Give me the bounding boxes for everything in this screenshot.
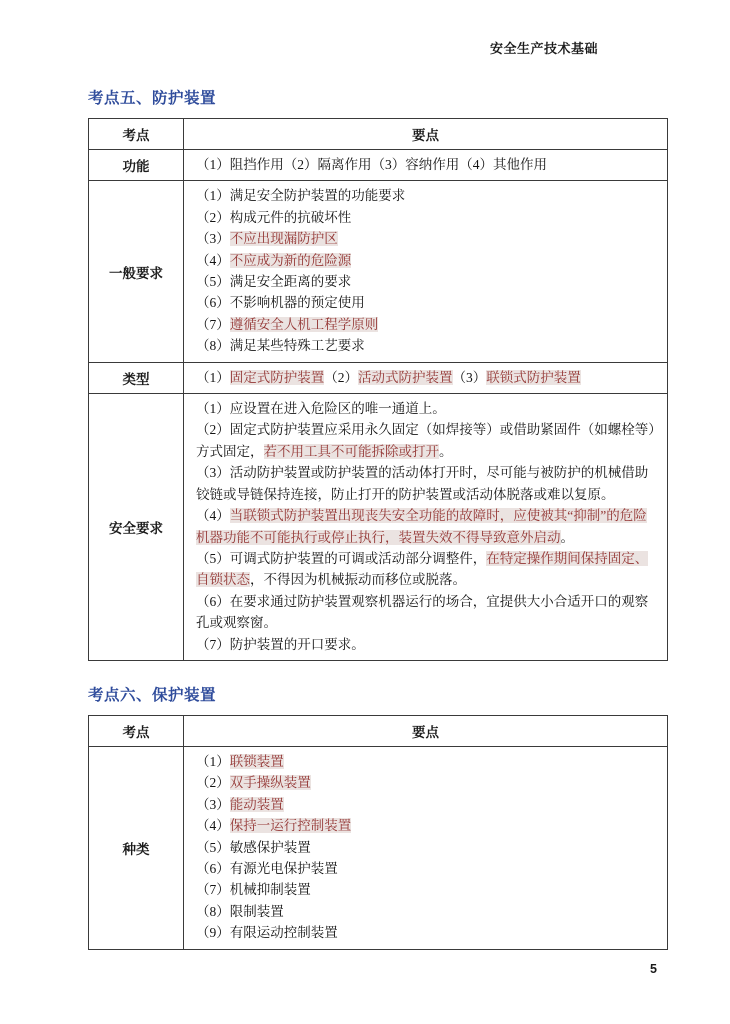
list-item: （6）不影响机器的预定使用	[196, 292, 655, 313]
highlighted-text: 能动装置	[230, 797, 284, 812]
column-header-keypoints: 要点	[184, 119, 668, 150]
text-segment: （5）可调式防护装置的可调或活动部分调整件，	[196, 551, 486, 566]
text-segment: （8）限制装置	[196, 904, 284, 919]
text-segment: （1）	[196, 754, 230, 769]
row-label: 种类	[89, 746, 184, 949]
highlighted-text: 若不用工具不可能拆除或打开	[264, 444, 440, 459]
highlighted-text: 固定式防护装置	[230, 370, 325, 385]
list-item: （6）有源光电保护装置	[196, 858, 655, 879]
list-item: （3）不应出现漏防护区	[196, 228, 655, 249]
column-header-topic: 考点	[89, 119, 184, 150]
highlighted-text: 联锁式防护装置	[486, 370, 581, 385]
list-item: （6）在要求通过防护装置观察机器运行的场合，宜提供大小合适开口的观察孔或观察窗。	[196, 591, 655, 634]
table-row: 类型（1）固定式防护装置（2）活动式防护装置（3）联锁式防护装置	[89, 362, 668, 393]
highlighted-text: 不应出现漏防护区	[230, 231, 338, 246]
text-segment: （7）防护装置的开口要求。	[196, 637, 365, 652]
list-item: （8）限制装置	[196, 901, 655, 922]
text-segment: （3）	[196, 231, 230, 246]
section: 考点五、防护装置考点要点功能（1）阻挡作用（2）隔离作用（3）容纳作用（4）其他…	[88, 86, 668, 661]
column-header-keypoints: 要点	[184, 715, 668, 746]
list-item: （1）应设置在进入危险区的唯一通道上。	[196, 398, 655, 419]
list-item: （5）敏感保护装置	[196, 837, 655, 858]
list-item: （1）满足安全防护装置的功能要求	[196, 185, 655, 206]
document-content: 考点五、防护装置考点要点功能（1）阻挡作用（2）隔离作用（3）容纳作用（4）其他…	[88, 0, 668, 950]
key-points-table: 考点要点功能（1）阻挡作用（2）隔离作用（3）容纳作用（4）其他作用一般要求（1…	[88, 118, 668, 661]
text-segment: （1）应设置在进入危险区的唯一通道上。	[196, 401, 446, 416]
highlighted-text: 当联锁式防护装置出现丧失安全功能的故障时，应使被其“抑制”的危险机器功能不可能执…	[196, 508, 647, 544]
row-content: （1）满足安全防护装置的功能要求（2）构成元件的抗破坏性（3）不应出现漏防护区（…	[184, 181, 668, 362]
row-label: 功能	[89, 150, 184, 181]
text-segment: 。	[439, 444, 453, 459]
column-header-topic: 考点	[89, 715, 184, 746]
row-content: （1）固定式防护装置（2）活动式防护装置（3）联锁式防护装置	[184, 362, 668, 393]
text-segment: （8）满足某些特殊工艺要求	[196, 338, 365, 353]
text-segment: （1）	[196, 370, 230, 385]
list-item: （1）阻挡作用（2）隔离作用（3）容纳作用（4）其他作用	[196, 154, 655, 175]
list-item: （1）联锁装置	[196, 751, 655, 772]
section: 考点六、保护装置考点要点种类（1）联锁装置（2）双手操纵装置（3）能动装置（4）…	[88, 683, 668, 950]
table-row: 功能（1）阻挡作用（2）隔离作用（3）容纳作用（4）其他作用	[89, 150, 668, 181]
text-segment: 。	[561, 530, 575, 545]
highlighted-text: 双手操纵装置	[230, 775, 311, 790]
text-segment: （3）	[196, 797, 230, 812]
section-title: 考点五、防护装置	[88, 86, 668, 108]
table-row: 一般要求（1）满足安全防护装置的功能要求（2）构成元件的抗破坏性（3）不应出现漏…	[89, 181, 668, 362]
row-label: 安全要求	[89, 394, 184, 661]
text-segment: （4）	[196, 253, 230, 268]
text-segment: （2）	[196, 775, 230, 790]
list-item: （7）防护装置的开口要求。	[196, 634, 655, 655]
list-item: （5）可调式防护装置的可调或活动部分调整件，在特定操作期间保持固定、自锁状态，不…	[196, 548, 655, 591]
list-item: （4）保持一运行控制装置	[196, 815, 655, 836]
list-item: （3）活动防护装置或防护装置的活动体打开时，尽可能与被防护的机械借助铰链或导链保…	[196, 462, 655, 505]
row-content: （1）联锁装置（2）双手操纵装置（3）能动装置（4）保持一运行控制装置（5）敏感…	[184, 746, 668, 949]
table-row: 种类（1）联锁装置（2）双手操纵装置（3）能动装置（4）保持一运行控制装置（5）…	[89, 746, 668, 949]
list-item: （5）满足安全距离的要求	[196, 271, 655, 292]
list-item: （1）固定式防护装置（2）活动式防护装置（3）联锁式防护装置	[196, 367, 655, 388]
highlighted-text: 活动式防护装置	[358, 370, 453, 385]
text-segment: （6）有源光电保护装置	[196, 861, 338, 876]
text-segment: （5）满足安全距离的要求	[196, 274, 351, 289]
text-segment: （2）构成元件的抗破坏性	[196, 210, 351, 225]
list-item: （2）双手操纵装置	[196, 772, 655, 793]
text-segment: （5）敏感保护装置	[196, 840, 311, 855]
text-segment: （9）有限运动控制装置	[196, 925, 338, 940]
text-segment: （2）	[324, 370, 358, 385]
section-title: 考点六、保护装置	[88, 683, 668, 705]
list-item: （9）有限运动控制装置	[196, 922, 655, 943]
list-item: （7）机械抑制装置	[196, 879, 655, 900]
text-segment: （7）	[196, 317, 230, 332]
text-segment: （1）阻挡作用（2）隔离作用（3）容纳作用（4）其他作用	[196, 157, 547, 172]
highlighted-text: 不应成为新的危险源	[230, 253, 352, 268]
list-item: （2）固定式防护装置应采用永久固定（如焊接等）或借助紧固件（如螺栓等）方式固定，…	[196, 419, 655, 462]
row-label: 一般要求	[89, 181, 184, 362]
text-segment: （3）活动防护装置或防护装置的活动体打开时，尽可能与被防护的机械借助铰链或导链保…	[196, 465, 648, 501]
row-label: 类型	[89, 362, 184, 393]
table-row: 安全要求（1）应设置在进入危险区的唯一通道上。（2）固定式防护装置应采用永久固定…	[89, 394, 668, 661]
text-segment: （7）机械抑制装置	[196, 882, 311, 897]
list-item: （7）遵循安全人机工程学原则	[196, 314, 655, 335]
list-item: （4）不应成为新的危险源	[196, 250, 655, 271]
highlighted-text: 遵循安全人机工程学原则	[230, 317, 379, 332]
text-segment: （1）满足安全防护装置的功能要求	[196, 188, 405, 203]
text-segment: （3）	[453, 370, 487, 385]
text-segment: （6）不影响机器的预定使用	[196, 295, 365, 310]
row-content: （1）应设置在进入危险区的唯一通道上。（2）固定式防护装置应采用永久固定（如焊接…	[184, 394, 668, 661]
row-content: （1）阻挡作用（2）隔离作用（3）容纳作用（4）其他作用	[184, 150, 668, 181]
highlighted-text: 联锁装置	[230, 754, 284, 769]
list-item: （2）构成元件的抗破坏性	[196, 207, 655, 228]
highlighted-text: 保持一运行控制装置	[230, 818, 352, 833]
list-item: （8）满足某些特殊工艺要求	[196, 335, 655, 356]
text-segment: （6）在要求通过防护装置观察机器运行的场合，宜提供大小合适开口的观察孔或观察窗。	[196, 594, 648, 630]
text-segment: （4）	[196, 508, 230, 523]
list-item: （4）当联锁式防护装置出现丧失安全功能的故障时，应使被其“抑制”的危险机器功能不…	[196, 505, 655, 548]
text-segment: （4）	[196, 818, 230, 833]
list-item: （3）能动装置	[196, 794, 655, 815]
key-points-table: 考点要点种类（1）联锁装置（2）双手操纵装置（3）能动装置（4）保持一运行控制装…	[88, 715, 668, 950]
text-segment: ，不得因为机械振动而移位或脱落。	[250, 572, 466, 587]
page-number: 5	[650, 962, 657, 976]
